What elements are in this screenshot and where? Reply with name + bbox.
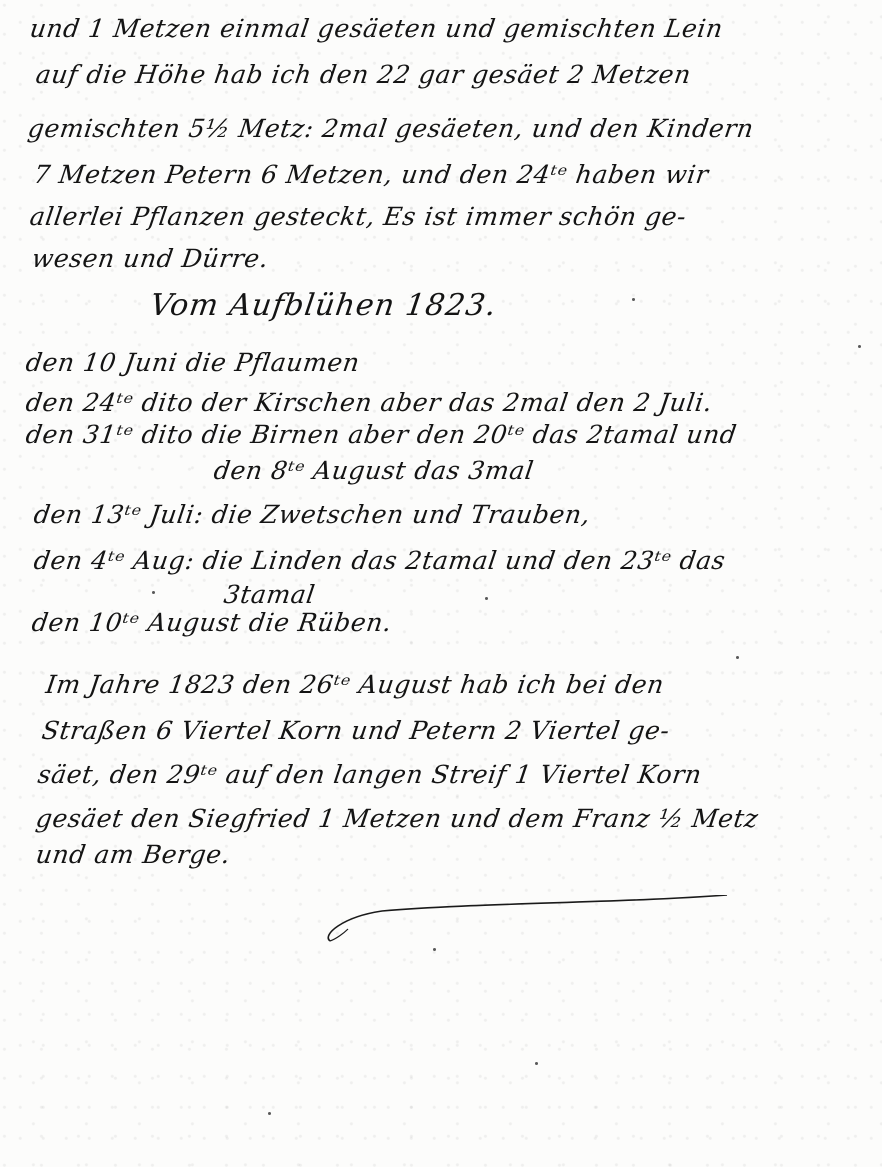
text-line: Straßen 6 Viertel Korn und Petern 2 Vier… bbox=[40, 716, 672, 745]
list-line: den 24ᵗᵉ dito der Kirschen aber das 2mal… bbox=[24, 388, 714, 417]
scan-speckle bbox=[632, 298, 635, 301]
scan-speckle bbox=[152, 591, 155, 594]
text-line: säet, den 29ᵗᵉ auf den langen Streif 1 V… bbox=[36, 760, 704, 789]
list-line: den 13ᵗᵉ Juli: die Zwetschen und Trauben… bbox=[32, 500, 592, 529]
text-line: 7 Metzen Petern 6 Metzen, und den 24ᵗᵉ h… bbox=[32, 160, 711, 189]
section-heading: Vom Aufblühen 1823. bbox=[148, 288, 499, 323]
list-line: den 8ᵗᵉ August das 3mal bbox=[212, 456, 536, 485]
scan-speckle bbox=[268, 1112, 271, 1115]
scan-speckle bbox=[858, 345, 861, 348]
list-line: den 10ᵗᵉ August die Rüben. bbox=[30, 608, 394, 637]
scanned-page: und 1 Metzen einmal gesäeten und gemisch… bbox=[0, 0, 882, 1167]
text-line: Im Jahre 1823 den 26ᵗᵉ August hab ich be… bbox=[44, 670, 666, 699]
list-line: den 31ᵗᵉ dito die Birnen aber den 20ᵗᵉ d… bbox=[24, 420, 739, 449]
list-line: den 4ᵗᵉ Aug: die Linden das 2tamal und d… bbox=[32, 546, 727, 575]
text-line: allerlei Pflanzen gesteckt, Es ist immer… bbox=[28, 202, 688, 231]
scan-speckle bbox=[535, 1062, 538, 1065]
text-line: auf die Höhe hab ich den 22 gar gesäet 2… bbox=[34, 60, 693, 89]
text-line: gesäet den Siegfried 1 Metzen und dem Fr… bbox=[34, 804, 760, 833]
text-line: und am Berge. bbox=[34, 840, 232, 869]
list-line: den 10 Juni die Pflaumen bbox=[24, 348, 362, 377]
list-line: 3tamal bbox=[222, 580, 317, 609]
text-line: gemischten 5½ Metz: 2mal gesäeten, und d… bbox=[26, 114, 756, 143]
scan-speckle bbox=[485, 597, 488, 600]
text-line: wesen und Dürre. bbox=[30, 244, 270, 273]
scan-speckle bbox=[433, 948, 436, 951]
text-line: und 1 Metzen einmal gesäeten und gemisch… bbox=[28, 14, 725, 43]
scan-speckle bbox=[736, 656, 739, 659]
closing-flourish-stroke bbox=[322, 895, 732, 945]
